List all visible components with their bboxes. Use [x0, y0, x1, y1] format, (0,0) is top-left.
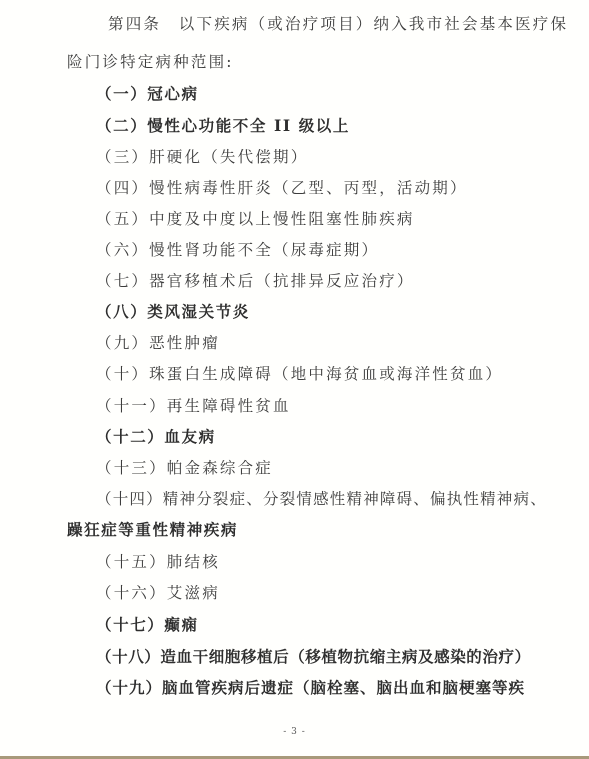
- list-item-10: （十）珠蛋白生成障碍（地中海贫血或海洋性贫血）: [96, 364, 503, 384]
- article-4-line-2: 险门诊特定病种范围:: [67, 52, 234, 72]
- list-item-3: （三）肝硬化（失代偿期）: [96, 147, 308, 167]
- list-item-17: （十七）癫痫: [96, 615, 199, 635]
- list-item-9: （九）恶性肿瘤: [96, 333, 220, 353]
- list-item-16: （十六）艾滋病: [96, 583, 220, 603]
- list-item-1: （一）冠心病: [96, 84, 199, 104]
- list-item-15: （十五）肺结核: [96, 552, 220, 572]
- list-item-7: （七）器官移植术后（抗排异反应治疗）: [96, 271, 415, 291]
- list-item-14-line-2: 躁狂症等重性精神疾病: [67, 520, 238, 540]
- list-item-2: （二）慢性心功能不全 II 级以上: [96, 116, 350, 136]
- page-number: - 3 -: [0, 727, 589, 737]
- list-item-8: （八）类风湿关节炎: [96, 302, 250, 322]
- list-item-18: （十八）造血干细胞移植后（移植物抗缩主病及感染的治疗）: [96, 647, 531, 667]
- list-item-12: （十二）血友病: [96, 427, 216, 447]
- article-4-line-1: 第四条 以下疾病（或治疗项目）纳入我市社会基本医疗保: [108, 14, 568, 34]
- list-item-4: （四）慢性病毒性肝炎（乙型、丙型，活动期）: [96, 178, 468, 198]
- document-page: 第四条 以下疾病（或治疗项目）纳入我市社会基本医疗保 险门诊特定病种范围: （一…: [0, 0, 589, 759]
- list-item-6: （六）慢性肾功能不全（尿毒症期）: [96, 240, 379, 260]
- list-item-5: （五）中度及中度以上慢性阻塞性肺疾病: [96, 209, 415, 229]
- list-item-13: （十三）帕金森综合症: [96, 458, 273, 478]
- list-item-11: （十一）再生障碍性贫血: [96, 396, 291, 416]
- list-item-19: （十九）脑血管疾病后遗症（脑栓塞、脑出血和脑梗塞等疾: [96, 678, 525, 698]
- list-item-14-line-1: （十四）精神分裂症、分裂情感性精神障碍、偏执性精神病、: [96, 489, 547, 509]
